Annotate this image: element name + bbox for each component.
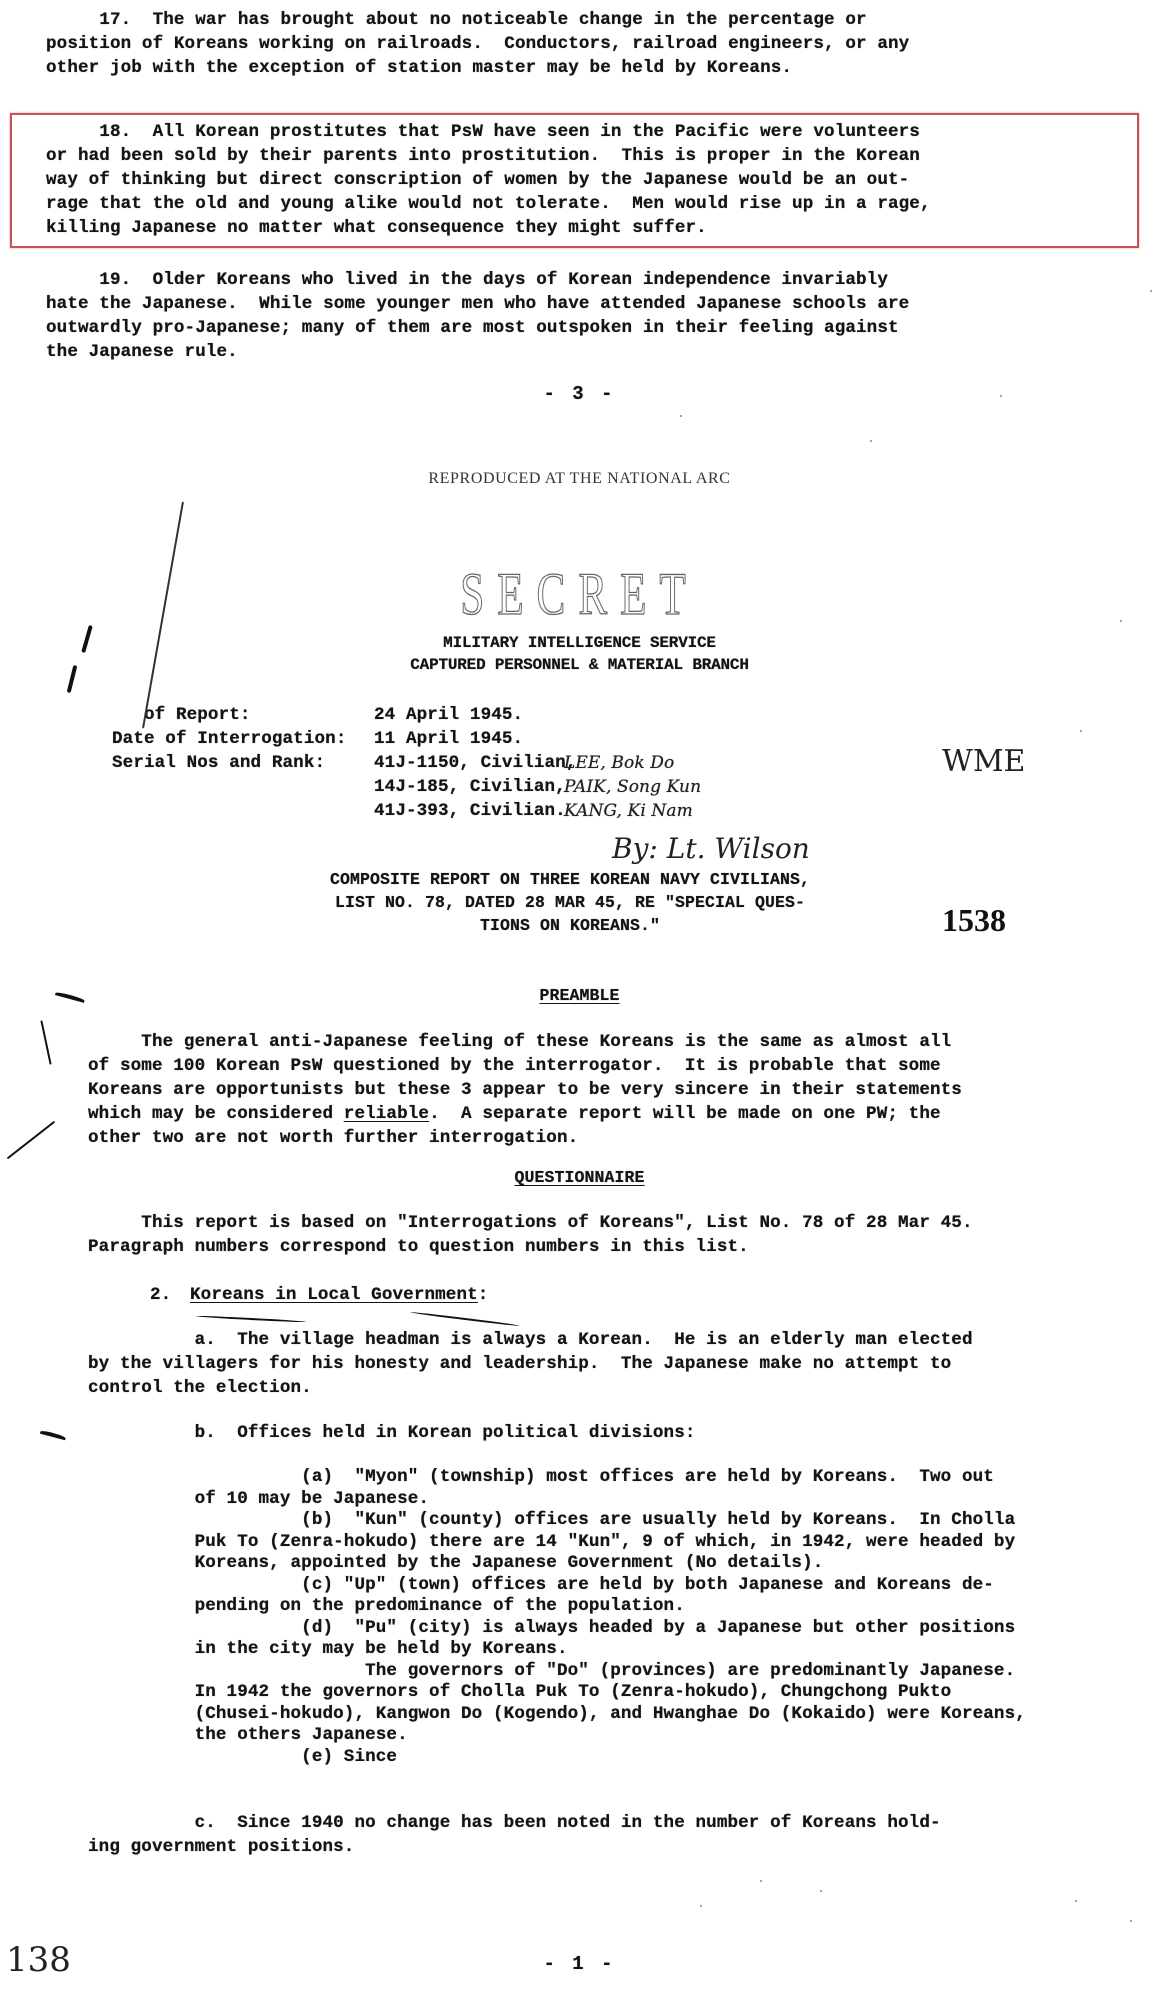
text-line: In 1942 the governors of Cholla Puk To (… <box>88 1682 1159 1704</box>
meta-label: Serial Nos and Rank: <box>112 751 374 775</box>
page-number-top: - 3 - <box>0 382 1159 406</box>
scan-speck <box>820 1890 822 1892</box>
meta-label: Date of Interrogation: <box>112 727 374 751</box>
questionnaire-heading-text: QUESTIONNAIRE <box>514 1168 644 1187</box>
text-line: of some 100 Korean PsW questioned by the… <box>88 1054 1159 1078</box>
meta-label: of Report: <box>112 703 374 727</box>
report-title: COMPOSITE REPORT ON THREE KOREAN NAVY CI… <box>290 868 850 937</box>
text-line: Koreans are opportunists but these 3 app… <box>88 1078 1159 1102</box>
preamble-heading-text: PREAMBLE <box>539 986 619 1005</box>
section-title-suffix: : <box>478 1285 489 1305</box>
item-b-heading: b. Offices held in Korean political divi… <box>88 1421 1159 1445</box>
text-line: This report is based on "Interrogations … <box>88 1211 1159 1235</box>
text-line: way of thinking but direct conscription … <box>46 168 1126 192</box>
text-line: 17. The war has brought about no noticea… <box>46 8 1126 32</box>
text-line: (d) "Pu" (city) is always headed by a Ja… <box>88 1618 1159 1640</box>
page-number-bottom: - 1 - <box>0 1952 1159 1976</box>
report-metadata: of Report: 24 April 1945. Date of Interr… <box>112 703 701 823</box>
text-line: hate the Japanese. While some younger me… <box>46 292 1126 316</box>
item-a: a. The village headman is always a Korea… <box>88 1328 1159 1400</box>
section-2-heading: 2. Koreans in Local Government: <box>150 1283 488 1307</box>
pen-mark <box>40 1430 66 1441</box>
meta-value: 41J-393, Civilian. <box>374 799 564 823</box>
text-line: (a) "Myon" (township) most offices are h… <box>88 1467 1159 1489</box>
pen-mark <box>196 1315 306 1323</box>
scan-speck <box>1150 290 1152 292</box>
paragraph-19: 19. Older Koreans who lived in the days … <box>46 268 1126 364</box>
section-number: 2. <box>150 1285 171 1305</box>
text-line: Paragraph numbers correspond to question… <box>88 1235 1159 1259</box>
branch-name: CAPTURED PERSONNEL & MATERIAL BRANCH <box>0 654 1159 676</box>
meta-value: 24 April 1945. <box>374 703 664 727</box>
classification-stamp: SECRET <box>162 564 996 624</box>
paragraph-18: 18. All Korean prostitutes that PsW have… <box>46 120 1126 240</box>
text-line: position of Koreans working on railroads… <box>46 32 1126 56</box>
text-line: c. Since 1940 no change has been noted i… <box>88 1811 1159 1835</box>
meta-value: 11 April 1945. <box>374 727 664 751</box>
meta-row: 41J-393, Civilian. KANG, Ki Nam <box>112 799 701 823</box>
text-line: the Japanese rule. <box>46 340 1126 364</box>
text-line: ing government positions. <box>88 1835 1159 1859</box>
scan-speck <box>1075 1900 1077 1902</box>
meta-label <box>112 775 374 799</box>
text-line: TIONS ON KOREANS." <box>290 914 850 937</box>
item-c: c. Since 1940 no change has been noted i… <box>88 1811 1159 1859</box>
scan-speck <box>1000 395 1002 397</box>
text-line: or had been sold by their parents into p… <box>46 144 1126 168</box>
text-line: (c) "Up" (town) offices are held by both… <box>88 1575 1159 1597</box>
text-line: by the villagers for his honesty and lea… <box>88 1352 1159 1376</box>
text-line: of 10 may be Japanese. <box>88 1489 1159 1511</box>
meta-row: 14J-185, Civilian, PAIK, Song Kun <box>112 775 701 799</box>
document-number: 1538 <box>942 902 1006 939</box>
handwritten-name: KANG, Ki Nam <box>564 799 693 823</box>
item-b-subitems: (a) "Myon" (township) most offices are h… <box>88 1467 1159 1768</box>
text-line: Koreans, appointed by the Japanese Gover… <box>88 1553 1159 1575</box>
text-line: in the city may be held by Koreans. <box>88 1639 1159 1661</box>
pen-mark <box>410 1311 519 1326</box>
text-line: (b) "Kun" (county) offices are usually h… <box>88 1510 1159 1532</box>
scan-speck <box>1130 1920 1132 1922</box>
handwritten-name: PAIK, Song Kun <box>564 775 701 799</box>
emphasis: reliable <box>344 1104 429 1124</box>
reproduced-notice: REPRODUCED AT THE NATIONAL ARC <box>0 470 1159 488</box>
text-line: The general anti-Japanese feeling of the… <box>88 1030 1159 1054</box>
text-line: COMPOSITE REPORT ON THREE KOREAN NAVY CI… <box>290 868 850 891</box>
meta-row: Serial Nos and Rank: 41J-1150, Civilian,… <box>112 751 701 775</box>
pen-mark <box>7 1121 56 1160</box>
scan-speck <box>760 1880 762 1882</box>
preamble-body: The general anti-Japanese feeling of the… <box>88 1030 1159 1150</box>
meta-row: of Report: 24 April 1945. <box>112 703 701 727</box>
text-line: other job with the exception of station … <box>46 56 1126 80</box>
scan-speck <box>870 440 872 442</box>
text-line: pending on the predominance of the popul… <box>88 1596 1159 1618</box>
scan-speck <box>1080 730 1082 732</box>
section-title: Koreans in Local Government <box>190 1285 478 1305</box>
text-line: the others Japanese. <box>88 1725 1159 1747</box>
text-line: (Chusei-hokudo), Kangwon Do (Kogendo), a… <box>88 1704 1159 1726</box>
meta-value: 41J-1150, Civilian, <box>374 751 564 775</box>
text-line: a. The village headman is always a Korea… <box>88 1328 1159 1352</box>
paragraph-17: 17. The war has brought about no noticea… <box>46 8 1126 80</box>
text-line: control the election. <box>88 1376 1159 1400</box>
meta-row: Date of Interrogation: 11 April 1945. <box>112 727 701 751</box>
text-line: (e) Since <box>88 1747 1159 1769</box>
text-line: LIST NO. 78, DATED 28 MAR 45, RE "SPECIA… <box>290 891 850 914</box>
meta-label <box>112 799 374 823</box>
preamble-heading: PREAMBLE <box>0 984 1159 1008</box>
pen-mark <box>40 1020 51 1064</box>
meta-value: 14J-185, Civilian, <box>374 775 564 799</box>
scan-speck <box>680 415 682 417</box>
handwritten-name: LEE, Bok Do <box>564 751 674 775</box>
handwritten-interrogator: By: Lt. Wilson <box>612 832 810 865</box>
text-line: 19. Older Koreans who lived in the days … <box>46 268 1126 292</box>
text-line: other two are not worth further interrog… <box>88 1126 1159 1150</box>
questionnaire-intro: This report is based on "Interrogations … <box>88 1211 1159 1259</box>
text-line: outwardly pro-Japanese; many of them are… <box>46 316 1126 340</box>
scan-speck <box>700 1905 702 1907</box>
text-line: which may be considered reliable. A sepa… <box>88 1102 1159 1126</box>
text-line: rage that the old and young alike would … <box>46 192 1126 216</box>
text-line: killing Japanese no matter what conseque… <box>46 216 1126 240</box>
handwritten-initials: WME <box>942 744 1025 779</box>
scan-speck <box>1120 620 1122 622</box>
text-line: Puk To (Zenra-hokudo) there are 14 "Kun"… <box>88 1532 1159 1554</box>
agency-name: MILITARY INTELLIGENCE SERVICE <box>0 632 1159 654</box>
questionnaire-heading: QUESTIONNAIRE <box>0 1166 1159 1190</box>
text-line: 18. All Korean prostitutes that PsW have… <box>46 120 1126 144</box>
text-line: The governors of "Do" (provinces) are pr… <box>88 1661 1159 1683</box>
